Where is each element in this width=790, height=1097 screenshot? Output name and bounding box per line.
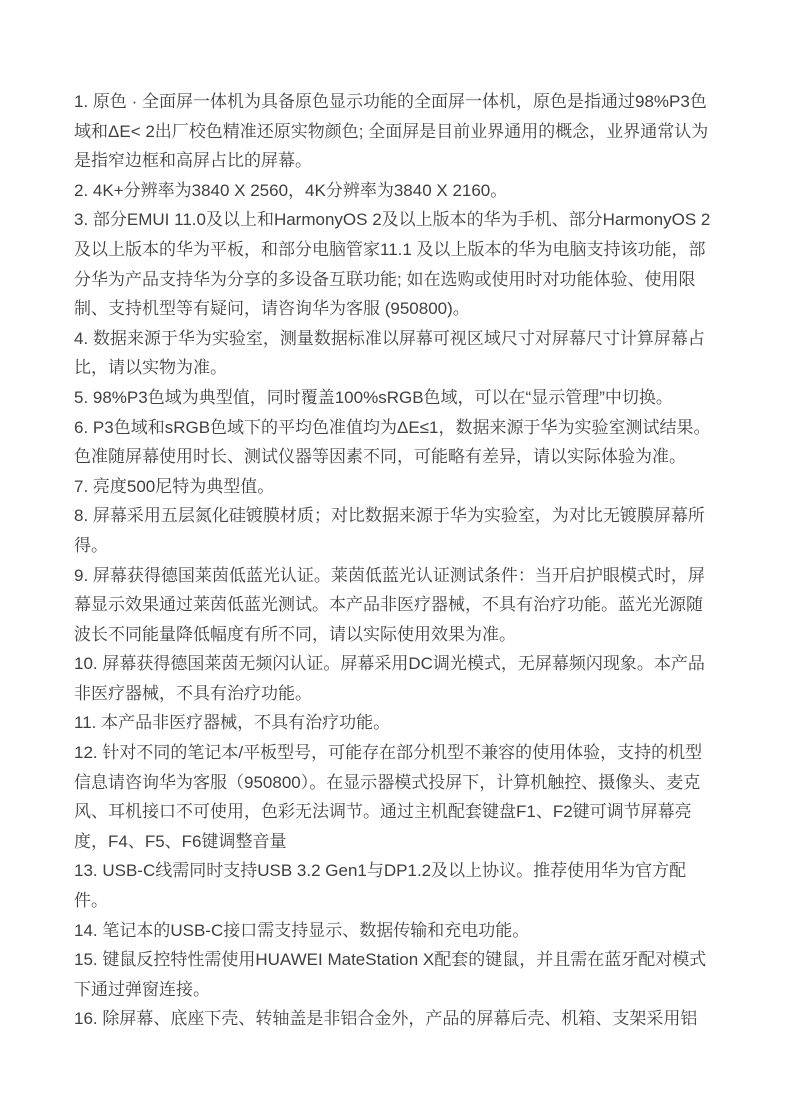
footnote-item-13: 13. USB-C线需同时支持USB 3.2 Gen1与DP1.2及以上协议。推…: [74, 856, 712, 915]
footnote-item-10: 10. 屏幕获得德国莱茵无频闪认证。屏幕采用DC调光模式，无屏幕频闪现象。本产品…: [74, 649, 712, 708]
footnotes-list: 1. 原色 · 全面屏一体机为具备原色显示功能的全面屏一体机，原色是指通过98%…: [74, 87, 712, 1034]
footnote-item-16: 16. 除屏幕、底座下壳、转轴盖是非铝合金外，产品的屏幕后壳、机箱、支架采用铝: [74, 1004, 712, 1034]
footnote-item-15: 15. 键鼠反控特性需使用HUAWEI MateStation X配套的键鼠，并…: [74, 945, 712, 1004]
footnote-item-8: 8. 屏幕采用五层氮化硅镀膜材质；对比数据来源于华为实验室，为对比无镀膜屏幕所得…: [74, 501, 712, 560]
footnote-item-12: 12. 针对不同的笔记本/平板型号，可能存在部分机型不兼容的使用体验，支持的机型…: [74, 738, 712, 856]
footnote-item-7: 7. 亮度500尼特为典型值。: [74, 472, 712, 502]
footnote-item-4: 4. 数据来源于华为实验室，测量数据标准以屏幕可视区域尺寸对屏幕尺寸计算屏幕占比…: [74, 324, 712, 383]
footnote-item-6: 6. P3色域和sRGB色域下的平均色准值均为ΔE≤1，数据来源于华为实验室测试…: [74, 413, 712, 472]
footnote-item-2: 2. 4K+分辨率为3840 X 2560，4K分辨率为3840 X 2160。: [74, 176, 712, 206]
footnote-item-14: 14. 笔记本的USB-C接口需支持显示、数据传输和充电功能。: [74, 916, 712, 946]
footnote-item-11: 11. 本产品非医疗器械，不具有治疗功能。: [74, 708, 712, 738]
footnote-item-5: 5. 98%P3色域为典型值，同时覆盖100%sRGB色域，可以在“显示管理”中…: [74, 383, 712, 413]
footnote-item-1: 1. 原色 · 全面屏一体机为具备原色显示功能的全面屏一体机，原色是指通过98%…: [74, 87, 712, 176]
footnote-item-9: 9. 屏幕获得德国莱茵低蓝光认证。莱茵低蓝光认证测试条件：当开启护眼模式时，屏幕…: [74, 561, 712, 650]
footnote-item-3: 3. 部分EMUI 11.0及以上和HarmonyOS 2及以上版本的华为手机、…: [74, 205, 712, 323]
disclaimer-page: { "colors": { "background": "#ffffff", "…: [0, 0, 790, 1097]
